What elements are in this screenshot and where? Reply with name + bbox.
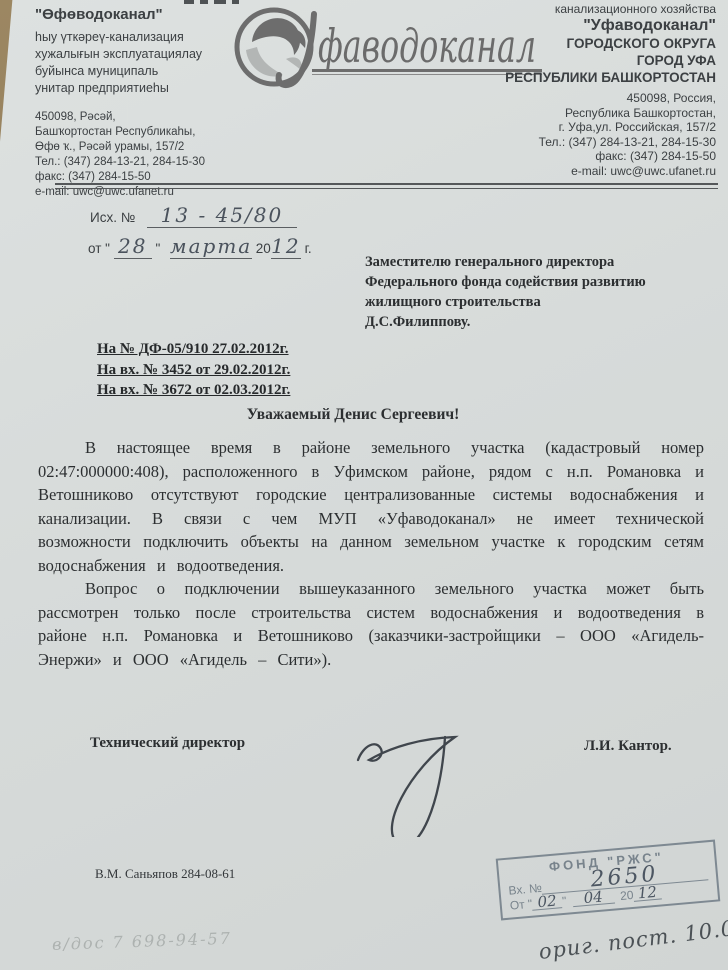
org-line: ГОРОД УФА — [416, 52, 716, 69]
body-paragraph: Вопрос о подключении вышеуказанного земе… — [38, 577, 704, 671]
logo-wave-light-small — [286, 57, 302, 70]
pencil-note-bottom-left: в/дос 7 698-94-57 — [52, 925, 332, 954]
date-century: 20 — [256, 241, 271, 256]
date-suffix: г. — [305, 241, 312, 256]
org-name-russian: "Уфаводоканал" — [416, 16, 716, 35]
org-description-bashkir: һыу үткәреү-канализация хужалығын эксплу… — [35, 29, 225, 97]
stamp-date-label: От " — [509, 897, 533, 913]
stamp-date-quote: " — [561, 894, 566, 908]
reference-line: На № ДФ-05/910 27.02.2012г. — [97, 339, 290, 360]
addressee-line: Федерального фонда содействия развитию — [365, 272, 705, 292]
scanned-letter: "Өфөводоканал" һыу үткәреү-канализация х… — [0, 0, 728, 970]
desc-line: буйынса муниципаль — [35, 63, 225, 80]
date-prefix: от " — [88, 241, 110, 256]
letterhead-right: канализационного хозяйства "Уфаводоканал… — [416, 2, 716, 178]
date-year-handwritten: 12 — [271, 234, 301, 259]
address-line: 450098, Россия, — [416, 91, 716, 106]
addressee-line: жилищного строительства — [365, 292, 705, 312]
org-description-russian: канализационного хозяйства — [416, 2, 716, 16]
stamp-year-handwritten: 12 — [633, 885, 662, 901]
reference-line: На вх. № 3452 от 29.02.2012г. — [97, 360, 290, 381]
letter-paper: "Өфөводоканал" һыу үткәреү-канализация х… — [0, 0, 728, 970]
address-line: г. Уфа,ул. Российская, 157/2 — [416, 120, 716, 135]
outgoing-number-label: Исх. № — [90, 210, 135, 225]
executor-line: В.М. Саньяпов 284-08-61 — [95, 866, 235, 882]
header-divider — [55, 183, 718, 189]
handwritten-signature — [330, 712, 480, 837]
logo-wave-dark — [252, 18, 300, 55]
address-line: Тел.: (347) 284-13-21, 284-15-30 — [35, 155, 225, 170]
stamp-century: 20 — [620, 888, 635, 903]
desc-line: һыу үткәреү-канализация — [35, 29, 225, 46]
signature-stroke — [358, 737, 455, 837]
date-day-handwritten: 28 — [114, 234, 152, 259]
reference-lines: На № ДФ-05/910 27.02.2012г. На вх. № 345… — [97, 339, 290, 401]
address-line: e-mail: uwc@uwc.ufanet.ru — [416, 164, 716, 179]
ink-mark — [214, 0, 226, 4]
ink-mark — [200, 0, 208, 4]
addressee-block: Заместителю генерального директора Федер… — [365, 252, 705, 332]
org-name-bashkir: "Өфөводоканал" — [35, 6, 225, 23]
address-line: факс: (347) 284-15-50 — [416, 149, 716, 164]
stamp-day-handwritten: 02 — [532, 894, 563, 911]
body-paragraph: В настоящее время в районе земельного уч… — [38, 436, 704, 577]
signer-title: Технический директор — [90, 735, 245, 752]
outgoing-date-row: от " 28 " марта 2012 г. — [88, 234, 312, 259]
ink-mark — [184, 0, 194, 4]
address-russian: 450098, Россия, Республика Башкортостан,… — [416, 91, 716, 178]
date-month-handwritten: марта — [170, 234, 252, 259]
signer-name: Л.И. Кантор. — [584, 738, 672, 755]
date-quote: " — [155, 241, 160, 256]
incoming-stamp: ФОНД "РЖС" Вх. № 2650 От " 02 " 04 20 12 — [496, 840, 721, 921]
letterhead-left: "Өфөводоканал" һыу үткәреү-канализация х… — [35, 6, 225, 200]
desc-line: унитар предприятиеһы — [35, 80, 225, 97]
address-line: Башҡортостан Республикаһы, — [35, 125, 225, 140]
org-line: РЕСПУБЛИКИ БАШКОРТОСТАН — [416, 69, 716, 86]
logo-wave-light — [246, 47, 283, 76]
address-line: Республика Башкортостан, — [416, 106, 716, 121]
addressee-line: Заместителю генерального директора — [365, 252, 705, 272]
desc-line: хужалығын эксплуатациялау — [35, 46, 225, 63]
handwritten-note-bottom-right: ориг. пост. 10.0 — [537, 912, 728, 964]
address-line: Тел.: (347) 284-13-21, 284-15-30 — [416, 135, 716, 150]
reference-line: На вх. № 3672 от 02.03.2012г. — [97, 380, 290, 401]
org-line: ГОРОДСКОГО ОКРУГА — [416, 35, 716, 52]
stamp-month-handwritten: 04 — [572, 890, 615, 908]
address-line: Өфө ҡ., Рәсәй урамы, 157/2 — [35, 140, 225, 155]
addressee-line: Д.С.Филиппову. — [365, 312, 705, 332]
outgoing-number-row: Исх. № 13 - 45/80 — [90, 203, 297, 228]
salutation: Уважаемый Денис Сергеевич! — [38, 406, 668, 424]
outgoing-number-handwritten: 13 - 45/80 — [147, 203, 297, 228]
letter-body: В настоящее время в районе земельного уч… — [38, 436, 704, 671]
address-line: 450098, Рәсәй, — [35, 110, 225, 125]
